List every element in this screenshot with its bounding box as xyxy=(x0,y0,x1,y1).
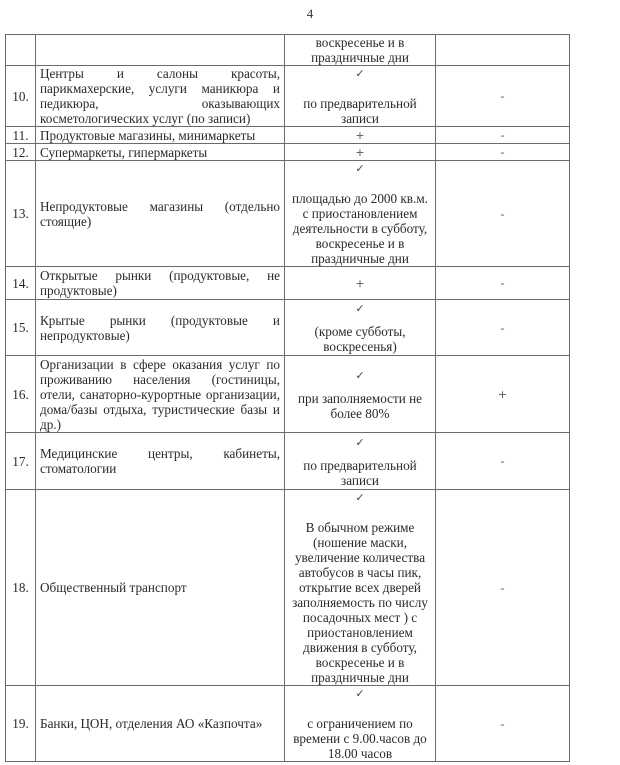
table-row: 12. Супермаркеты, гипермаркеты + - xyxy=(6,144,570,161)
dash-mark: - xyxy=(501,276,505,290)
allowed-cell: + xyxy=(285,267,436,300)
check-icon: ✓ xyxy=(289,161,431,176)
table-row: 16. Организации в сфере оказания услуг п… xyxy=(6,356,570,433)
other-cell: + xyxy=(436,356,570,433)
dash-mark: - xyxy=(501,717,505,731)
facility-name: Центры и салоны красоты, парикмахерские,… xyxy=(36,66,285,127)
facility-name: Медицинские центры, кабинеты, стоматолог… xyxy=(36,433,285,490)
table-row: воскресенье и в праздничные дни xyxy=(6,35,570,66)
allowed-cell: + xyxy=(285,127,436,144)
row-number: 17. xyxy=(6,433,36,490)
other-cell: - xyxy=(436,267,570,300)
other-cell xyxy=(436,35,570,66)
row-number: 18. xyxy=(6,490,36,686)
check-icon: ✓ xyxy=(289,66,431,81)
restrictions-table: воскресенье и в праздничные дни 10. Цент… xyxy=(5,34,570,762)
facility-name: Открытые рынки (продуктовые, не продукто… xyxy=(36,267,285,300)
table-row: 18. Общественный транспорт ✓ В обычном р… xyxy=(6,490,570,686)
dash-mark: - xyxy=(501,128,505,142)
other-cell: - xyxy=(436,686,570,762)
allowed-cell: + xyxy=(285,144,436,161)
check-icon: ✓ xyxy=(289,490,431,505)
allowed-note: В обычном режиме (ношение маски, увеличе… xyxy=(289,520,431,685)
facility-name: Банки, ЦОН, отделения АО «Казпочта» xyxy=(36,686,285,762)
allowed-note: площадью до 2000 кв.м. с приостановление… xyxy=(289,191,431,266)
page-number: 4 xyxy=(0,6,620,22)
dash-mark: - xyxy=(501,89,505,103)
row-number: 11. xyxy=(6,127,36,144)
other-cell: - xyxy=(436,433,570,490)
check-icon: ✓ xyxy=(289,435,431,450)
plus-mark: + xyxy=(355,129,364,142)
dash-mark: - xyxy=(501,581,505,595)
allowed-cell: ✓ при заполняемости не более 80% xyxy=(285,356,436,433)
table-row: 11. Продуктовые магазины, минимаркеты + … xyxy=(6,127,570,144)
row-number xyxy=(6,35,36,66)
row-number: 10. xyxy=(6,66,36,127)
table-row: 14. Открытые рынки (продуктовые, не прод… xyxy=(6,267,570,300)
facility-name: Организации в сфере оказания услуг по пр… xyxy=(36,356,285,433)
table-row: 15. Крытые рынки (продуктовые и непродук… xyxy=(6,300,570,356)
other-cell: - xyxy=(436,66,570,127)
check-icon: ✓ xyxy=(289,686,431,701)
facility-name: Непродуктовые магазины (отдельно стоящие… xyxy=(36,161,285,267)
allowed-note: (кроме субботы, воскресенья) xyxy=(289,324,431,354)
plus-mark: + xyxy=(355,277,364,290)
allowed-note: по предварительной записи xyxy=(289,96,431,126)
table-row: 17. Медицинские центры, кабинеты, стомат… xyxy=(6,433,570,490)
check-icon: ✓ xyxy=(289,368,431,383)
row-number: 15. xyxy=(6,300,36,356)
allowed-cell: воскресенье и в праздничные дни xyxy=(285,35,436,66)
dash-mark: - xyxy=(501,207,505,221)
facility-name: Супермаркеты, гипермаркеты xyxy=(36,144,285,161)
facility-name xyxy=(36,35,285,66)
allowed-cell: ✓ с ограничением по времени с 9.00.часов… xyxy=(285,686,436,762)
allowed-cell: ✓ (кроме субботы, воскресенья) xyxy=(285,300,436,356)
allowed-note: по предварительной записи xyxy=(289,458,431,488)
other-cell: - xyxy=(436,161,570,267)
row-number: 16. xyxy=(6,356,36,433)
allowed-note: при заполняемости не более 80% xyxy=(289,391,431,421)
table-row: 13. Непродуктовые магазины (отдельно сто… xyxy=(6,161,570,267)
table-row: 19. Банки, ЦОН, отделения АО «Казпочта» … xyxy=(6,686,570,762)
dash-mark: - xyxy=(501,145,505,159)
table-row: 10. Центры и салоны красоты, парикмахерс… xyxy=(6,66,570,127)
row-number: 12. xyxy=(6,144,36,161)
allowed-cell: ✓ В обычном режиме (ношение маски, увели… xyxy=(285,490,436,686)
other-cell: - xyxy=(436,300,570,356)
allowed-cell: ✓ по предварительной записи xyxy=(285,66,436,127)
plus-mark: + xyxy=(498,388,507,401)
row-number: 19. xyxy=(6,686,36,762)
other-cell: - xyxy=(436,490,570,686)
dash-mark: - xyxy=(501,454,505,468)
facility-name: Общественный транспорт xyxy=(36,490,285,686)
allowed-cell: ✓ площадью до 2000 кв.м. с приостановлен… xyxy=(285,161,436,267)
other-cell: - xyxy=(436,127,570,144)
allowed-cell: ✓ по предварительной записи xyxy=(285,433,436,490)
facility-name: Крытые рынки (продуктовые и непродуктовы… xyxy=(36,300,285,356)
other-cell: - xyxy=(436,144,570,161)
check-icon: ✓ xyxy=(289,301,431,316)
row-number: 13. xyxy=(6,161,36,267)
allowed-note: с ограничением по времени с 9.00.часов д… xyxy=(289,716,431,761)
facility-name: Продуктовые магазины, минимаркеты xyxy=(36,127,285,144)
allowed-note: воскресенье и в праздничные дни xyxy=(289,35,431,65)
row-number: 14. xyxy=(6,267,36,300)
plus-mark: + xyxy=(355,146,364,159)
dash-mark: - xyxy=(501,321,505,335)
